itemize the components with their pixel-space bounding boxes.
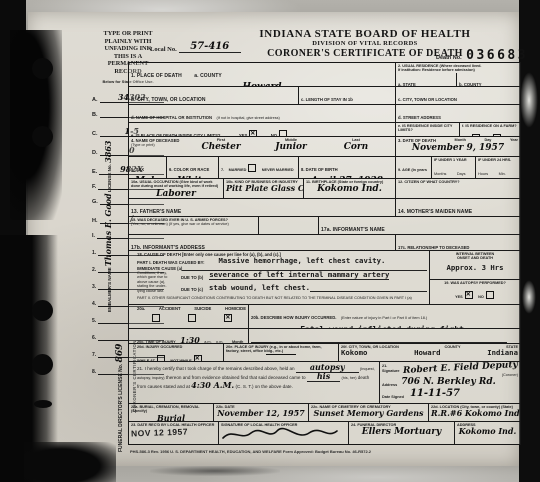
field-coroner-signature: 21. Signature Robert E. Field Deputy (Co…: [380, 362, 520, 403]
due-to-c-value: stab wound, left chest.: [209, 284, 310, 292]
months-label: Months: [434, 172, 446, 176]
film-light-spot: [522, 280, 536, 314]
code-letter: B.: [92, 112, 98, 118]
field-marital-status: 7. MARRIED NEVER MARRIED WIDOWED DIVORCE…: [219, 157, 299, 178]
checkbox-married: [248, 164, 256, 172]
date-signed-value: 11-11-57: [410, 389, 460, 399]
item7-label: 7.: [221, 168, 224, 172]
citizen-label: 12. CITIZEN OF WHAT COUNTRY?: [398, 180, 518, 184]
field-interval-autopsy: INTERVAL BETWEEN ONSET AND DEATH Approx.…: [430, 251, 520, 304]
name-note: (Type or print): [131, 143, 186, 147]
how-injury-label: 20b. DESCRIBE HOW INJURY OCCURRED.: [251, 315, 336, 320]
coroner-address-value: 706 N. Berkley Rd.: [401, 377, 496, 387]
hospital-note: (If not in hospital, give street address…: [217, 116, 280, 120]
row-hospital-street: d. NAME OF HOSPITAL OR INSTITUTION (If n…: [129, 105, 520, 123]
field-business-industry: 10b. KIND OF BUSINESS OR INDUSTRY Pitt P…: [224, 179, 304, 198]
field-place-of-death-county: 1. PLACE OF DEATH a. COUNTY Howard: [129, 63, 396, 86]
address-label: Address: [382, 383, 397, 387]
embalmer-label: EMBALMER'S NAME: [107, 267, 112, 312]
part2-label: PART II. OTHER SIGNIFICANT CONDITIONS CO…: [137, 296, 427, 300]
informant-address-label: 17b. INFORMANT'S ADDRESS: [131, 245, 205, 250]
field-certification-statement: 21. I hereby certify that I took charge …: [129, 362, 380, 403]
notice-line: UNFADING INK: [92, 45, 164, 53]
write-line: [251, 332, 507, 343]
field-informant-name: 17a. INFORMANT'S NAME Chester E. Corn: [319, 217, 519, 234]
notice-line: TYPE OR PRINT: [92, 30, 164, 38]
field-autopsy: 19. WAS AUTOPSY PERFORMED? YES NO: [430, 280, 520, 304]
residence-city-limits-label: e. IS RESIDENCE INSIDE CITY LIMITS?: [398, 124, 457, 133]
hole-punch: [32, 58, 53, 79]
embalmer-license-value: 3863: [103, 141, 113, 163]
row-manner-of-death: 20a. ACCIDENT SUICIDE HOMICIDE 20b. DESC…: [129, 305, 520, 329]
health-officer-signature: [221, 427, 339, 441]
field-place-of-injury: 20e. PLACE OF INJURY (e.g., in or about …: [224, 344, 339, 361]
burial-value: Burial: [131, 414, 211, 421]
code-letter: A.: [92, 97, 98, 103]
field-health-officer-signature: SIGNATURE OF LOCAL HEALTH OFFICER: [219, 422, 349, 444]
checkbox-accident: [152, 314, 160, 322]
code-letter: I.: [92, 233, 95, 239]
num-label: 5.: [92, 318, 96, 324]
checkbox-homicide-checked: [224, 314, 232, 322]
last-name-value: Corn: [326, 142, 386, 152]
field-manner-of-death: 20a. ACCIDENT SUICIDE HOMICIDE: [129, 305, 249, 328]
fd-address-value: Kokomo Ind.: [457, 427, 518, 436]
no-label: NO: [271, 133, 277, 136]
num-label: 4.: [92, 301, 96, 307]
code-letter: D.: [92, 150, 98, 156]
accident-label: ACCIDENT: [159, 306, 181, 311]
injury-state-value: Indiana: [487, 349, 518, 357]
field-color-or-race: 6. COLOR OR RACE White: [167, 157, 219, 178]
field-birthplace: 11. BIRTHPLACE (State or foreign country…: [304, 179, 396, 198]
field-time-of-injury: 20c. TIME OF INJURY 1:30 a.m. p.m. Month…: [129, 329, 249, 343]
married-label: MARRIED: [229, 168, 247, 172]
scan-blotch: [24, 442, 116, 482]
hole-punch-partial: [34, 400, 52, 408]
his-her-value: his: [307, 371, 340, 382]
year-label: Year: [510, 138, 518, 143]
field-citizen-country: 12. CITIZEN OF WHAT COUNTRY?: [396, 179, 520, 198]
field-if-under-24-hrs: IF UNDER 24 HRS. Hours Min.: [476, 157, 520, 178]
time-of-injury-label: 20c. TIME OF INJURY: [137, 340, 176, 343]
armed-forces-value: No: [131, 232, 144, 234]
row-local-officer: 23. DATE REC'D BY LOCAL HEALTH OFFICER N…: [129, 422, 520, 444]
field-date-received: 23. DATE REC'D BY LOCAL HEALTH OFFICER N…: [129, 422, 219, 444]
cemetery-location-value: R.R.#6 Kokomo Ind.: [431, 409, 518, 418]
checkbox-suicide: [188, 314, 196, 322]
checkbox-no: [279, 130, 287, 136]
dob-label: 8. DATE OF BIRTH: [301, 167, 338, 172]
cert-text-1: 21. I hereby certify that I took charge …: [137, 366, 295, 371]
row-armed-forces-informant: 15. WAS DECEASED EVER IN U. S. ARMED FOR…: [129, 217, 520, 235]
date-signed-label: Date Signed: [382, 395, 404, 399]
how-injury-note: (Enter nature of injury in Part I or Par…: [341, 316, 427, 320]
injury-county-value: Howard: [414, 349, 440, 357]
item20a-label: 20a.: [137, 306, 145, 311]
row-injury-place: 20d. INJURY OCCURRED WHILE AT NOT WHILE …: [129, 344, 520, 362]
row-time-of-injury: 20c. TIME OF INJURY 1:30 a.m. p.m. Month…: [129, 329, 520, 344]
film-light-spot: [520, 72, 538, 128]
row-name-dateofdeath: 4. NAME OF DECEASED (Type or print) Firs…: [129, 137, 520, 157]
field-funeral-director-address: ADDRESS Kokomo Ind.: [455, 422, 520, 444]
embalmer-margin-line: EMBALMER'S NAME Thomas E. Good LICENSE N…: [104, 142, 113, 312]
funeral-director-license-line: FUNERAL DIRECTOR'S LICENSE No. 869: [115, 222, 125, 452]
field-usual-occupation: 10a. USUAL OCCUPATION (Give kind of work…: [129, 179, 224, 198]
burial-date-value: November 12, 1957: [216, 409, 306, 418]
occupation-label: 10a. USUAL OCCUPATION (Give kind of work…: [131, 180, 221, 189]
place-of-death-title: 1. PLACE OF DEATH: [131, 73, 182, 79]
street-address-label: d. STREET ADDRESS: [398, 115, 441, 120]
embalmer-license-label: LICENSE No.: [107, 164, 112, 192]
how-injury-value: Fatal wound inflicted during fight.: [251, 326, 518, 328]
row-sex-race-dob-age: 5. SEX Male 6. COLOR OR RACE White 7. MA…: [129, 157, 520, 179]
sex-value: Male: [131, 176, 164, 178]
code-letter: C.: [92, 131, 98, 137]
date-of-death-value: November 9, 1957: [398, 143, 518, 153]
hole-punch: [32, 354, 53, 375]
death-city-limits-label: e. IS PLACE OF DEATH INSIDE CITY LIMITS?: [131, 133, 220, 136]
immediate-cause-value: Massive hemorrhage, left chest cavity.: [218, 257, 385, 265]
hospital-label: d. NAME OF HOSPITAL OR INSTITUTION: [131, 115, 212, 120]
min-label: Min.: [499, 172, 506, 176]
num-label: 6.: [92, 335, 96, 341]
field-residence-on-farm: f. IS RESIDENCE ON A FARM? YES NO: [460, 123, 520, 136]
death-no-label: Death No.: [436, 55, 462, 61]
scan-blotch: [10, 30, 62, 220]
row-city-limits: e. IS PLACE OF DEATH INSIDE CITY LIMITS?…: [129, 123, 520, 137]
hole-punch: [32, 300, 53, 321]
state-label: a. STATE: [398, 82, 416, 86]
row-informant-address: 17b. INFORMANT'S ADDRESS 1323 S. Locke s…: [129, 235, 520, 251]
armed-forces-note: (Yes, no, or unknown) (If yes, give war …: [131, 222, 256, 226]
row-occupation-birthplace: 10a. USUAL OCCUPATION (Give kind of work…: [129, 179, 520, 199]
field-length-of-stay: c. LENGTH OF STAY IN 1b 19 yrs: [299, 87, 396, 104]
street-underline-mark: [266, 354, 296, 355]
field-date-of-death: 3. DATE OF DEATH Month Day Year November…: [396, 137, 520, 156]
interval-label-2: ONSET AND DEATH: [432, 256, 518, 260]
row-certification: 21. I hereby certify that I took charge …: [129, 362, 520, 404]
field-state: a. STATE Indiana: [398, 73, 457, 86]
field-injury-at-work: 20d. INJURY OCCURRED WHILE AT NOT WHILE …: [129, 344, 224, 361]
field-if-under-1-year: IF UNDER 1 YEAR Months Days: [432, 157, 476, 178]
due-to-b-value: severance of left internal mammary arter…: [209, 271, 389, 280]
num-label: 8.: [92, 369, 96, 375]
father-label: 13. FATHER'S NAME: [131, 209, 181, 215]
title-line-1: INDIANA STATE BOARD OF HEALTH: [250, 28, 480, 40]
field-cemetery-location: 22d. LOCATION (City, town, or county) (S…: [429, 404, 520, 421]
conditions-note: lying cause last.: [137, 289, 181, 293]
signature-label: 21. Signature: [382, 364, 401, 373]
checkbox-yes: [472, 134, 480, 136]
field-injury-continued-line: [249, 329, 520, 343]
row-city: b. CITY, TOWN, OR LOCATION Kokomo c. LEN…: [129, 87, 520, 105]
hours-label: Hours: [478, 172, 488, 176]
death-no-value: 036683: [466, 48, 528, 63]
field-blank-16: [259, 217, 319, 234]
checkbox-not-while-at-work-checked: [194, 355, 202, 361]
pm-label: p.m.: [216, 340, 223, 343]
suicide-label: SUICIDE: [194, 306, 211, 311]
field-cause-of-death: 18. CAUSE OF DEATH [Enter only one cause…: [129, 251, 430, 304]
yes-label: YES: [239, 133, 247, 136]
checkbox-autopsy-no: [486, 291, 494, 299]
interval-value: Approx. 3 Hrs: [432, 264, 518, 272]
field-informant-address: 17b. INFORMANT'S ADDRESS 1323 S. Locke s…: [129, 235, 396, 250]
birthplace-value: Kokomo Ind.: [306, 184, 393, 194]
county-value: Howard: [131, 82, 393, 86]
field-sex: 5. SEX Male: [129, 157, 167, 178]
race-label: 6. COLOR OR RACE: [169, 167, 209, 172]
code-letter: G.: [92, 199, 98, 205]
num-label: 3.: [92, 284, 96, 290]
county-label: a. COUNTY: [194, 73, 222, 79]
time-of-injury-value: 1:30: [180, 335, 200, 343]
fd-license-label: FUNERAL DIRECTOR'S LICENSE No.: [118, 364, 124, 452]
due-to-c-label: DUE TO (c): [181, 287, 203, 292]
code-letter: H.: [92, 218, 98, 224]
place-of-injury-label: 20e. PLACE OF INJURY (e.g., in or about …: [226, 345, 336, 354]
field-residence-inside-city-limits: e. IS RESIDENCE INSIDE CITY LIMITS? YES …: [396, 123, 460, 136]
num-label: 2.: [92, 267, 96, 273]
cert-note-2: (his, her): [341, 376, 356, 380]
field-death-inside-city-limits: e. IS PLACE OF DEATH INSIDE CITY LIMITS?…: [129, 123, 396, 136]
code-letter: E.: [92, 169, 97, 175]
residence-county-label: b. COUNTY: [459, 82, 482, 86]
checkbox-while-at-work: [157, 355, 165, 361]
field-hospital: d. NAME OF HOSPITAL OR INSTITUTION (If n…: [129, 105, 396, 122]
under-24-hrs-label: IF UNDER 24 HRS.: [478, 158, 518, 162]
residence-farm-label: f. IS RESIDENCE ON A FARM?: [462, 124, 518, 128]
cemetery-value: Sunset Memory Gardens: [311, 409, 426, 418]
field-armed-forces: 15. WAS DECEASED EVER IN U. S. ARMED FOR…: [129, 217, 259, 234]
while-at-label: WHILE AT: [137, 359, 155, 361]
row-place-residence: 1. PLACE OF DEATH a. COUNTY Howard 2. US…: [129, 63, 520, 87]
cert-text-4: (C. S. T.) on the above date.: [236, 384, 293, 389]
write-line: [310, 286, 427, 292]
first-name-value: Chester: [186, 142, 256, 152]
date-received-stamp: NOV 12 1957: [131, 426, 216, 439]
notice-line: PLAINLY WITH: [92, 38, 164, 46]
under-1-year-label: IF UNDER 1 YEAR: [434, 158, 473, 162]
residence-city-label: c. CITY, TOWN OR LOCATION: [398, 97, 457, 102]
field-residence-county: b. COUNTY Howard: [457, 73, 518, 86]
scan-smudge: [150, 466, 280, 476]
certificate-form: 1. PLACE OF DEATH a. COUNTY Howard 2. US…: [128, 62, 521, 445]
num-label: 1.: [92, 250, 96, 256]
no-label: NO: [478, 295, 484, 299]
row-burial: 22a. BURIAL, CREMATION, REMOVAL (Specify…: [129, 404, 520, 422]
checkbox-yes-checked: [249, 130, 257, 136]
due-to-b-label: DUE TO (b): [181, 275, 203, 280]
cert-text-2: thereon and from evidence obtained find …: [166, 375, 306, 380]
form-number-footnote: PHS-586-3 Rev. 1956 U. S. DEPARTMENT HEA…: [130, 449, 518, 454]
dob-value: April 27, 1938: [301, 176, 393, 178]
am-label: a.m.: [204, 340, 211, 343]
checkbox-no: [493, 134, 501, 136]
homicide-label: HOMICIDE: [225, 306, 246, 311]
embalmer-name-value: Thomas E. Good: [103, 193, 113, 266]
field-father-name: 13. FATHER'S NAME Chester E. Corn: [129, 199, 396, 216]
notice-line: THIS IS A: [92, 53, 164, 61]
num-label: 7.: [92, 352, 96, 358]
field-residence-city: c. CITY, TOWN OR LOCATION Kokomo: [396, 87, 520, 104]
field-interval: INTERVAL BETWEEN ONSET AND DEATH Approx.…: [430, 251, 520, 280]
row-parents: 13. FATHER'S NAME Chester E. Corn 14. MO…: [129, 199, 520, 217]
sex-label: 5. SEX: [131, 167, 144, 172]
field-usual-residence: 2. USUAL RESIDENCE (Where deceased lived…: [396, 63, 520, 86]
yes-label: YES: [455, 295, 463, 299]
field-street-address: d. STREET ADDRESS 1323 S. Locke st.: [396, 105, 520, 122]
middle-name-value: Junior: [256, 142, 326, 152]
age-label: 9. AGE (In years last birthday): [398, 168, 427, 178]
length-of-stay-label: c. LENGTH OF STAY IN 1b: [301, 97, 353, 102]
days-label: Days: [457, 172, 466, 176]
injury-county-label: COUNTY: [444, 345, 460, 349]
time-of-death-value: 4:30 A.M.: [191, 380, 234, 390]
city-label: b. CITY, TOWN, OR LOCATION: [131, 97, 206, 103]
not-while-label: NOT WHILE: [170, 359, 191, 361]
industry-value: Pitt Plate Glass Co: [226, 184, 301, 193]
field-mother-maiden-name: 14. MOTHER'S MAIDEN NAME Eileen Marquand: [396, 199, 520, 216]
field-cemetery: 22c. NAME OF CEMETERY OR CREMATORY Sunse…: [309, 404, 429, 421]
local-no-value: 57-416: [179, 42, 241, 53]
race-value: White: [169, 176, 216, 178]
field-name-of-deceased: 4. NAME OF DECEASED (Type or print) Firs…: [129, 137, 396, 156]
occupation-value: Laborer: [131, 189, 221, 198]
field-injury-city-county-state: 20f. CITY, TOWN, OR LOCATION COUNTY STAT…: [339, 344, 520, 361]
field-relationship: 17c. RELATIONSHIP TO DECEASED Father: [396, 235, 520, 250]
informant-name-label: 17a. INFORMANT'S NAME: [321, 227, 385, 233]
field-burial-date: 22b. DATE November 12, 1957: [214, 404, 309, 421]
hole-punch: [32, 126, 53, 147]
field-age: 9. AGE (In years last birthday) 19: [396, 157, 432, 178]
fd-license-value: 869: [115, 344, 125, 363]
relationship-label: 17c. RELATIONSHIP TO DECEASED: [398, 245, 469, 250]
field-funeral-director: 24. FUNERAL DIRECTOR Ellers Mortuary: [349, 422, 455, 444]
row-cause-of-death: 18. CAUSE OF DEATH [Enter only one cause…: [129, 251, 520, 305]
funeral-director-value: Ellers Mortuary: [351, 427, 452, 437]
never-married-label: NEVER MARRIED: [262, 168, 294, 172]
checkbox-autopsy-yes-checked: [465, 291, 473, 299]
field-how-injury-occurred: 20b. DESCRIBE HOW INJURY OCCURRED. (Ente…: [249, 305, 520, 328]
injury-occurred-label: 20d. INJURY OCCURRED: [137, 345, 221, 349]
field-city-of-death: b. CITY, TOWN, OR LOCATION Kokomo: [129, 87, 299, 104]
field-burial-type: 22a. BURIAL, CREMATION, REMOVAL (Specify…: [129, 404, 214, 421]
code-letter: F.: [92, 184, 96, 190]
mother-label: 14. MOTHER'S MAIDEN NAME: [398, 209, 472, 215]
injury-city-value: Kokomo: [341, 349, 367, 357]
field-date-of-birth: 8. DATE OF BIRTH April 27, 1938: [299, 157, 396, 178]
